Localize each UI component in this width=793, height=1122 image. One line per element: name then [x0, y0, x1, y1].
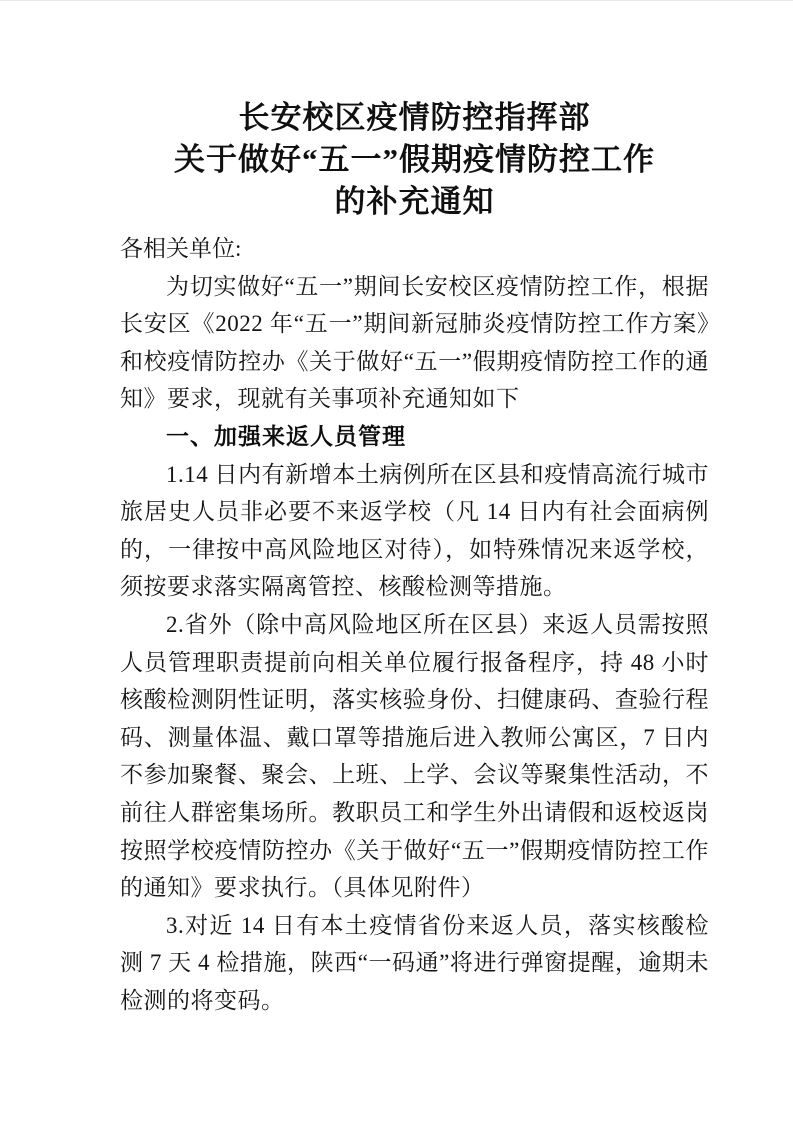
item-paragraph-3: 3.对近 14 日有本土疫情省份来返人员，落实核酸检测 7 天 4 检措施，陕西…: [120, 907, 709, 1020]
section-1-heading: 一、加强来返人员管理: [120, 418, 709, 456]
document-title: 长安校区疫情防控指挥部 关于做好“五一”假期疫情防控工作 的补充通知: [120, 97, 709, 223]
document-page: 长安校区疫情防控指挥部 关于做好“五一”假期疫情防控工作 的补充通知 各相关单位…: [0, 0, 793, 1122]
document-title-line-1: 长安校区疫情防控指挥部: [120, 97, 709, 139]
document-title-line-2: 关于做好“五一”假期疫情防控工作: [120, 139, 709, 181]
item-paragraph-2: 2.省外（除中高风险地区所在区县）来返人员需按照人员管理职责提前向相关单位履行报…: [120, 606, 709, 907]
salutation: 各相关单位:: [120, 230, 709, 268]
intro-paragraph: 为切实做好“五一”期间长安校区疫情防控工作，根据长安区《2022 年“五一”期间…: [120, 268, 709, 418]
document-title-line-3: 的补充通知: [120, 181, 709, 223]
item-paragraph-1: 1.14 日内有新增本土病例所在区县和疫情高流行城市旅居史人员非必要不来返学校（…: [120, 456, 709, 606]
